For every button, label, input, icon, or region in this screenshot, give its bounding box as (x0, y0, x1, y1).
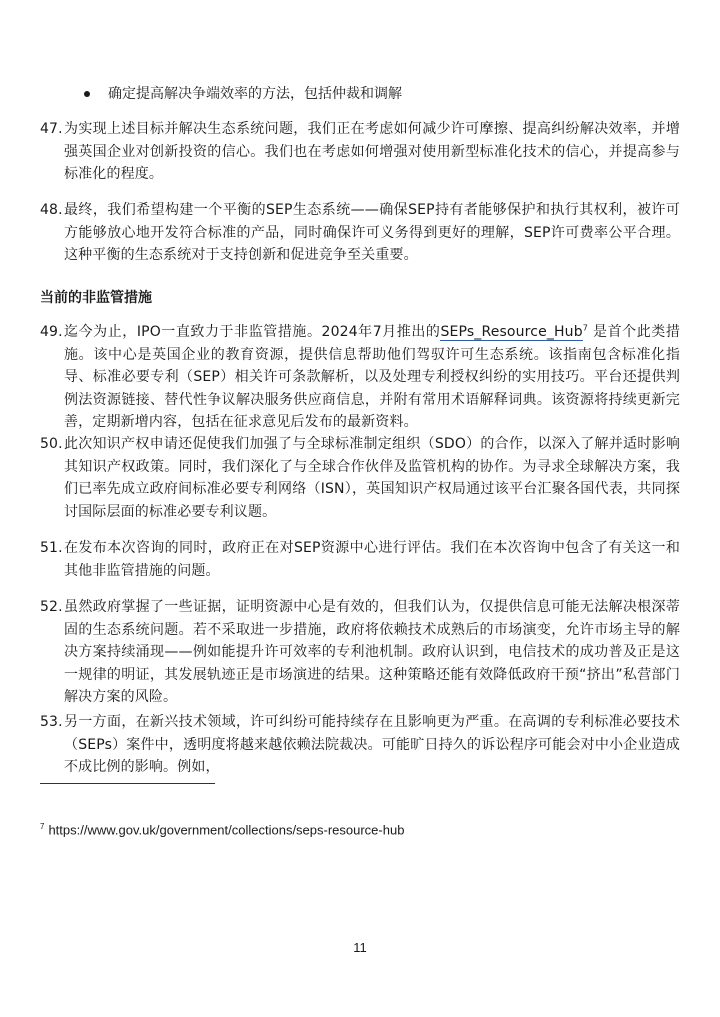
paragraph-number: 49. (40, 321, 64, 344)
paragraph-text: 另一方面，在新兴技术领域，许可纠纷可能持续存在且影响更为严重。在高调的专利标准必… (64, 711, 680, 779)
paragraph-text: 为实现上述目标并解决生态系统问题，我们正在考虑如何减少许可摩擦、提高纠纷解决效率… (64, 118, 680, 186)
paragraph-53: 53. 另一方面，在新兴技术领域，许可纠纷可能持续存在且影响更为严重。在高调的专… (40, 711, 680, 779)
footnote-url[interactable]: https://www.gov.uk/government/collection… (48, 822, 404, 837)
document-page: 确定提高解决争端效率的方法，包括仲裁和调解 47. 为实现上述目标并解决生态系统… (0, 0, 720, 1017)
bullet-list-item: 确定提高解决争端效率的方法，包括仲裁和调解 (84, 82, 402, 106)
paragraph-text: 此次知识产权申请还促使我们加强了与全球标准制定组织（SDO）的合作，以深入了解并… (64, 433, 680, 523)
paragraph-text: 在发布本次咨询的同时，政府正在对SEP资源中心进行评估。我们在本次咨询中包含了有… (64, 537, 680, 582)
paragraph-number: 53. (40, 711, 64, 734)
footnote: 7https://www.gov.uk/government/collectio… (40, 818, 404, 839)
bullet-text: 确定提高解决争端效率的方法，包括仲裁和调解 (108, 82, 402, 106)
seps-resource-hub-link[interactable]: SEPs_Resource_Hub (440, 324, 582, 341)
footnote-divider (40, 783, 215, 784)
paragraph-52: 52. 虽然政府掌握了一些证据，证明资源中心是有效的，但我们认为，仅提供信息可能… (40, 596, 680, 709)
paragraph-number: 47. (40, 118, 64, 141)
paragraph-48: 48. 最终，我们希望构建一个平衡的SEP生态系统——确保SEP持有者能够保护和… (40, 199, 680, 267)
paragraph-text: 迄今为止，IPO一直致力于非监管措施。2024年7月推出的SEPs_Resour… (64, 321, 680, 434)
bullet-icon (84, 91, 90, 97)
paragraph-47: 47. 为实现上述目标并解决生态系统问题，我们正在考虑如何减少许可摩擦、提高纠纷… (40, 118, 680, 186)
footnote-marker: 7 (40, 822, 44, 831)
paragraph-number: 52. (40, 596, 64, 619)
paragraph-49: 49. 迄今为止，IPO一直致力于非监管措施。2024年7月推出的SEPs_Re… (40, 321, 680, 434)
paragraph-number: 50. (40, 433, 64, 456)
paragraph-number: 51. (40, 537, 64, 560)
section-heading: 当前的非监管措施 (40, 287, 152, 309)
paragraph-50: 50. 此次知识产权申请还促使我们加强了与全球标准制定组织（SDO）的合作，以深… (40, 433, 680, 523)
paragraph-text-before-link: 迄今为止，IPO一直致力于非监管措施。2024年7月推出的 (64, 324, 440, 340)
paragraph-text: 最终，我们希望构建一个平衡的SEP生态系统——确保SEP持有者能够保护和执行其权… (64, 199, 680, 267)
paragraph-text: 虽然政府掌握了一些证据，证明资源中心是有效的，但我们认为，仅提供信息可能无法解决… (64, 596, 680, 709)
page-number: 11 (0, 940, 720, 955)
paragraph-number: 48. (40, 199, 64, 222)
paragraph-51: 51. 在发布本次咨询的同时，政府正在对SEP资源中心进行评估。我们在本次咨询中… (40, 537, 680, 582)
